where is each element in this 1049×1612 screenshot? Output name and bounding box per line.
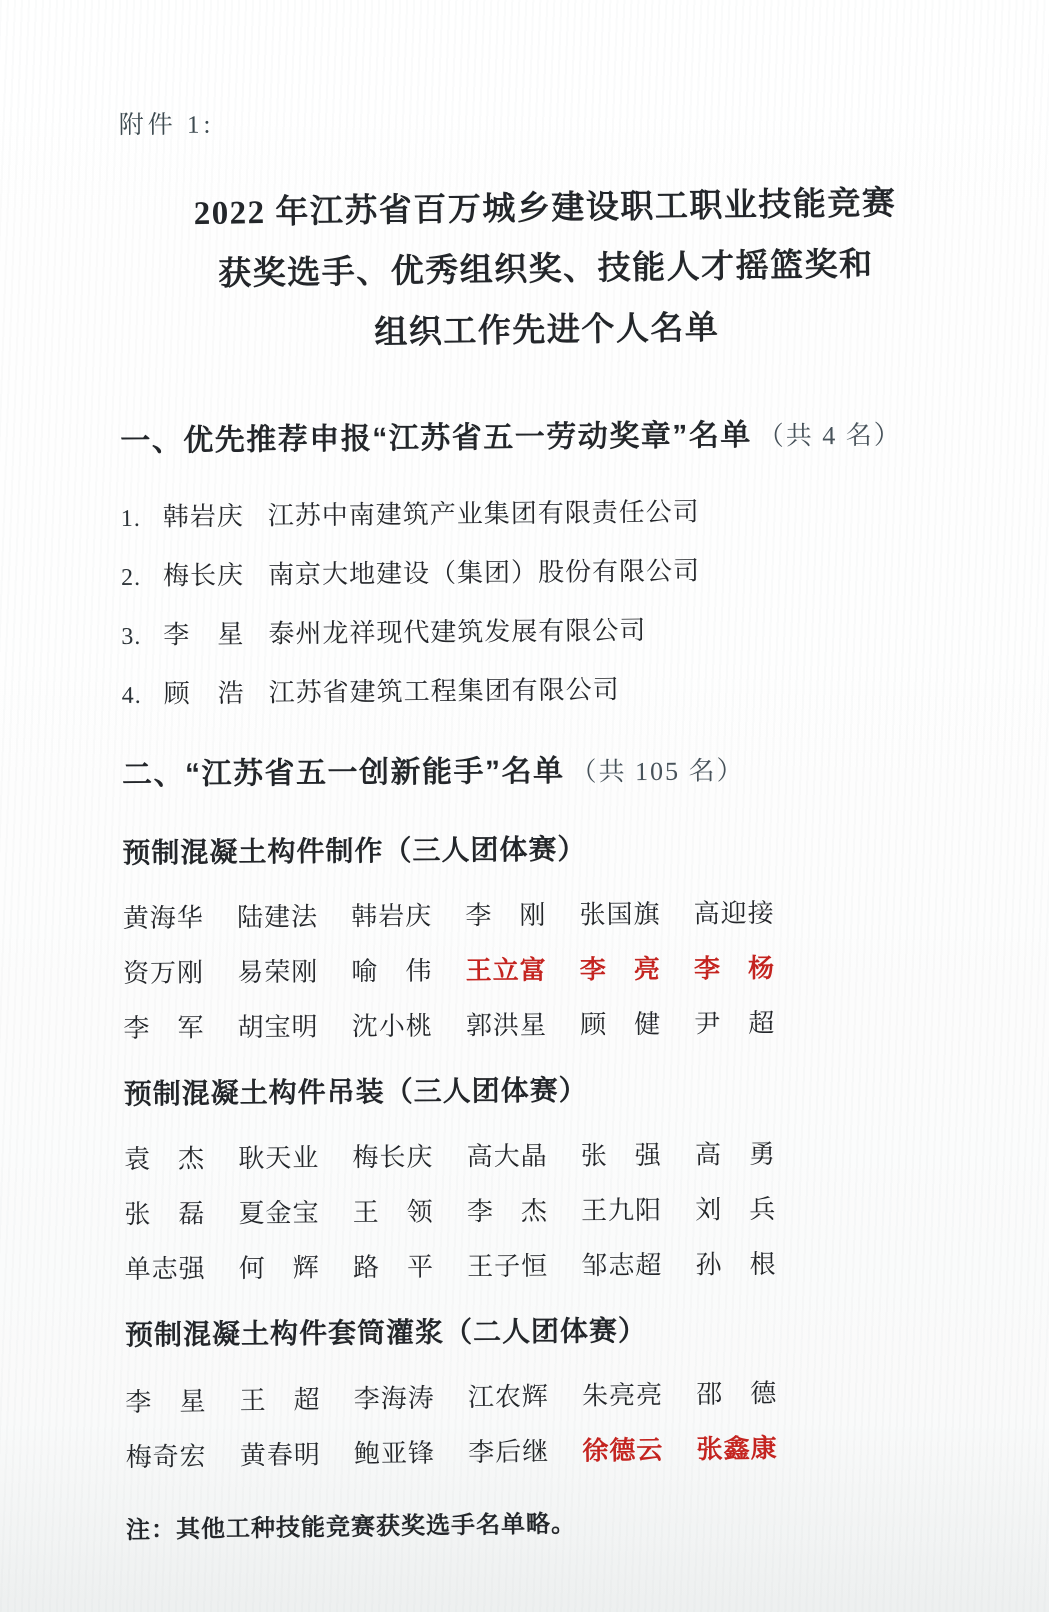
list-item: 2. 梅长庆 南京大地建设（集团）股份有限公司 — [121, 548, 956, 584]
winner-name-highlighted: 张鑫康 — [696, 1428, 777, 1457]
item-number: 4. — [122, 683, 164, 710]
section-1-heading-text: 一、优先推荐申报“江苏省五一劳动奖章”名单 — [120, 419, 752, 458]
winner-name: 高迎接 — [694, 893, 775, 922]
scanned-document-page: 附件 1: 2022 年江苏省百万城乡建设职工职业技能竞赛 获奖选手、优秀组织奖… — [0, 0, 1049, 1542]
winner-row: 黄海华陆建法韩岩庆李 刚张国旗高迎接 — [123, 893, 775, 926]
document-title: 2022 年江苏省百万城乡建设职工职业技能竞赛 获奖选手、优秀组织奖、技能人才摇… — [162, 173, 930, 367]
winner-name: 张国旗 — [579, 894, 660, 923]
winner-name: 鲍亚锋 — [354, 1433, 435, 1462]
awardee-organization: 南京大地建设（集团）股份有限公司 — [268, 550, 700, 591]
winner-row: 李 军胡宝明沈小桃郭洪星顾 健尹 超 — [123, 1003, 775, 1036]
winner-name: 尹 超 — [694, 1003, 775, 1032]
winner-name: 李 刚 — [465, 895, 546, 924]
winner-name: 资万刚 — [123, 952, 204, 981]
awardee-name: 梅长庆 — [163, 555, 244, 593]
document-title-line-3: 组织工作先进个人名单 — [164, 295, 930, 367]
winner-name-highlighted: 王立富 — [466, 950, 547, 979]
winner-name: 袁 杰 — [124, 1138, 205, 1167]
winner-row: 张 磊夏金宝王 领李 杰王九阳刘 兵 — [124, 1189, 776, 1222]
winner-name: 单志强 — [124, 1248, 205, 1277]
winner-row: 资万刚易荣刚喻 伟王立富李 亮李 杨 — [123, 948, 775, 981]
section-2-heading: 二、“江苏省五一创新能手”名单（共 105 名） — [122, 742, 957, 793]
winner-name: 孙 根 — [695, 1244, 776, 1273]
list-item: 4. 顾 浩 江苏省建筑工程集团有限公司 — [121, 666, 956, 702]
document-title-line-1: 2022 年江苏省百万城乡建设职工职业技能竞赛 — [162, 173, 928, 245]
section-1-count: （共 4 名） — [758, 420, 902, 450]
item-number: 2. — [121, 565, 163, 592]
winner-name: 耿天业 — [238, 1137, 319, 1166]
winner-name: 李后继 — [468, 1431, 549, 1460]
winner-name: 沈小桃 — [352, 1006, 433, 1035]
winner-name: 朱亮亮 — [582, 1374, 663, 1403]
list-item: 3. 李 星 泰州龙祥现代建筑发展有限公司 — [121, 607, 956, 643]
winner-name: 李 杰 — [467, 1191, 548, 1220]
awardee-name: 李 星 — [163, 614, 244, 652]
winner-name: 路 平 — [353, 1247, 434, 1276]
winner-name: 顾 健 — [580, 1004, 661, 1033]
winner-name: 王子恒 — [467, 1246, 548, 1275]
list-item: 1. 韩岩庆 江苏中南建筑产业集团有限责任公司 — [121, 489, 956, 525]
document-title-line-2: 获奖选手、优秀组织奖、技能人才摇篮奖和 — [163, 234, 929, 306]
winner-name: 陆建法 — [237, 896, 318, 925]
winner-name: 李 军 — [123, 1007, 204, 1036]
winner-row: 单志强何 辉路 平王子恒邹志超孙 根 — [124, 1244, 776, 1277]
winner-name: 韩岩庆 — [351, 896, 432, 925]
winner-name: 王九阳 — [581, 1190, 662, 1219]
winner-row: 梅奇宏黄春明鲍亚锋李后继徐德云张鑫康 — [125, 1428, 777, 1465]
winner-name: 江农辉 — [468, 1376, 549, 1405]
winner-name-highlighted: 徐德云 — [582, 1429, 663, 1458]
winner-name: 梅奇宏 — [125, 1436, 206, 1465]
awardee-organization: 泰州龙祥现代建筑发展有限公司 — [268, 610, 646, 651]
competition-groups: 预制混凝土构件制作（三人团体赛）黄海华陆建法韩岩庆李 刚张国旗高迎接资万刚易荣刚… — [122, 826, 960, 1462]
winner-name: 张 磊 — [124, 1193, 205, 1222]
medal-awardee-list: 1. 韩岩庆 江苏中南建筑产业集团有限责任公司 2. 梅长庆 南京大地建设（集团… — [121, 491, 957, 700]
winner-name: 胡宝明 — [237, 1006, 318, 1035]
winner-name: 王 领 — [353, 1192, 434, 1221]
winner-name: 黄海华 — [123, 897, 204, 926]
winner-name: 刘 兵 — [695, 1189, 776, 1218]
winner-name: 李海涛 — [353, 1378, 434, 1407]
awardee-name: 韩岩庆 — [163, 496, 244, 534]
winner-name: 何 辉 — [239, 1247, 320, 1276]
winner-name: 黄春明 — [240, 1434, 321, 1463]
group-title: 预制混凝土构件套筒灌浆（二人团体赛） — [125, 1306, 960, 1353]
winner-name: 高大晶 — [466, 1136, 547, 1165]
footnote: 注：其他工种技能竞赛获奖选手名单略。 — [126, 1498, 961, 1545]
awardee-organization: 江苏中南建筑产业集团有限责任公司 — [268, 491, 700, 532]
winner-name: 喻 伟 — [351, 951, 432, 980]
winner-name: 夏金宝 — [238, 1192, 319, 1221]
section-2-count: （共 105 名） — [570, 756, 744, 787]
item-number: 1. — [121, 506, 163, 533]
awardee-organization: 江苏省建筑工程集团有限公司 — [268, 669, 619, 709]
winner-name: 王 超 — [239, 1379, 320, 1408]
winner-name: 邵 德 — [696, 1373, 777, 1402]
winner-name-highlighted: 李 亮 — [580, 949, 661, 978]
winner-row: 李 星王 超李海涛江农辉朱亮亮邵 德 — [125, 1373, 777, 1410]
winner-name: 张 强 — [581, 1135, 662, 1164]
winner-name: 郭洪星 — [466, 1005, 547, 1034]
group-title: 预制混凝土构件制作（三人团体赛） — [122, 824, 957, 871]
winner-name: 梅长庆 — [352, 1137, 433, 1166]
section-2-heading-text: 二、“江苏省五一创新能手”名单 — [122, 755, 565, 792]
attachment-label: 附件 1: — [119, 101, 954, 141]
awardee-name: 顾 浩 — [163, 673, 244, 711]
section-1-heading: 一、优先推荐申报“江苏省五一劳动奖章”名单（共 4 名） — [120, 408, 955, 460]
winner-row: 袁 杰耿天业梅长庆高大晶张 强高 勇 — [124, 1134, 776, 1167]
group-title: 预制混凝土构件吊装（三人团体赛） — [124, 1065, 959, 1112]
winner-name: 李 星 — [125, 1381, 206, 1410]
winner-name: 易荣刚 — [237, 951, 318, 980]
winner-name-highlighted: 李 杨 — [694, 948, 775, 977]
winner-name: 邹志超 — [581, 1245, 662, 1274]
item-number: 3. — [121, 624, 163, 651]
winner-name: 高 勇 — [695, 1134, 776, 1163]
